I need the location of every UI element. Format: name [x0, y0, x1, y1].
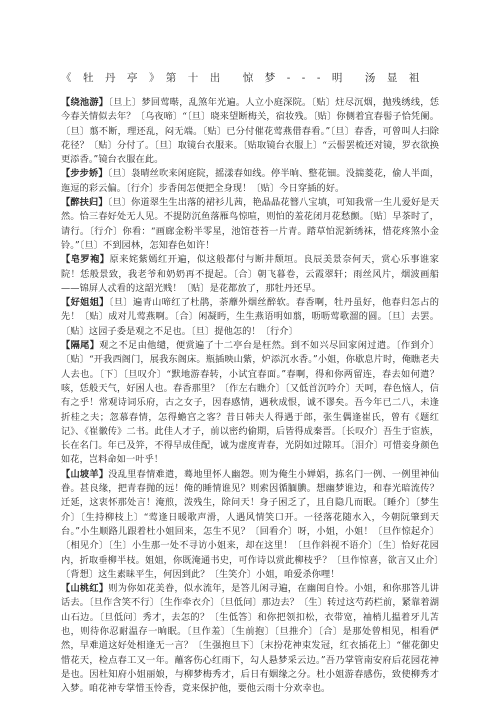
tune-name: 【山坡羊】	[61, 469, 108, 480]
tune-name: 【醉扶归】	[61, 197, 108, 208]
stanza-haojiejie: 【好姐姐】〔旦〕遍青山啼红了杜鹃，荼蘼外烟丝醉软。春香啊，牡丹虽好，他春归怎占的…	[61, 296, 439, 339]
stanza-text: 〔旦上〕梦回莺啭，乱煞年光遍。人立小庭深院。〔贴〕炷尽沉烟，抛残绣线，恁今春关情…	[61, 97, 439, 165]
stanza-shanpoyang: 【山坡羊】没乱里春情难遣，蓦地里怀人幽怨。则为俺生小婵娟，拣名门一例、一例里神仙…	[61, 468, 439, 582]
stanza-text: 原来姹紫嫣红开遍，似这般都付与断井颓垣。良辰美景奈何天，赏心乐事谁家院！恁般景致…	[61, 254, 439, 294]
stanza-shantaohong: 【山桃红】则为你如花美眷，似水流年，是答儿闲寻遍，在幽闺自怜。小姐，和你那答儿讲…	[61, 582, 439, 696]
stanza-bubujiao: 【步步娇】〔旦〕袅晴丝吹来闲庭院，摇漾春如线。停半晌、整花钿。没揣菱花，偷人半面…	[61, 167, 439, 196]
stanza-text: 观之不足由他缱，便赏遍了十二亭台是枉然。到不如兴尽回家闲过遣。〔作到介〕〔贴〕“…	[61, 340, 439, 465]
stanza-text: 〔旦〕你道翠生生出落的裙衫儿茜，艳晶晶花簪八宝填，可知我常一生儿爱好是天然。恰三…	[61, 197, 439, 251]
tune-name: 【皂罗袍】	[61, 254, 110, 265]
tune-name: 【山桃红】	[61, 583, 108, 594]
stanza-text: 〔旦〕遍青山啼红了杜鹃，荼蘼外烟丝醉软。春香啊，牡丹虽好，他春归怎占的先！〔贴〕…	[61, 297, 439, 337]
stanza-gewei: 【隔尾】观之不足由他缱，便赏遍了十二亭台是枉然。到不如兴尽回家闲过遣。〔作到介〕…	[61, 339, 439, 468]
stanza-text: 〔旦〕袅晴丝吹来闲庭院，摇漾春如线。停半晌、整花钿。没揣菱花，偷人半面，迤逗的彩…	[61, 168, 439, 193]
document-page: 《 牡 丹 亭 》 第 十 出 惊 梦 - - - 明 汤 显 祖 【绕池游】〔…	[0, 0, 496, 702]
document-title: 《 牡 丹 亭 》 第 十 出 惊 梦 - - - 明 汤 显 祖	[61, 71, 439, 86]
stanza-text: 没乱里春情难遣，蓦地里怀人幽怨。则为俺生小婵娟，拣名门一例、一例里神仙眷。甚良缘…	[61, 469, 439, 580]
stanza-text: 则为你如花美眷，似水流年，是答儿闲寻遍，在幽闺自怜。小姐，和你那答儿讲话去。〔旦…	[61, 583, 439, 694]
tune-name: 【好姐姐】	[61, 297, 109, 308]
tune-name: 【隔尾】	[61, 340, 99, 351]
stanza-zaoluopao: 【皂罗袍】原来姹紫嫣红开遍，似这般都付与断井颓垣。良辰美景奈何天，赏心乐事谁家院…	[61, 253, 439, 296]
stanza-zuifugui: 【醉扶归】〔旦〕你道翠生生出落的裙衫儿茜，艳晶晶花簪八宝填，可知我常一生儿爱好是…	[61, 196, 439, 253]
text-body: 【绕池游】〔旦上〕梦回莺啭，乱煞年光遍。人立小庭深院。〔贴〕炷尽沉烟，抛残绣线，…	[61, 96, 439, 696]
tune-name: 【绕池游】	[61, 97, 108, 108]
stanza-raochiyou: 【绕池游】〔旦上〕梦回莺啭，乱煞年光遍。人立小庭深院。〔贴〕炷尽沉烟，抛残绣线，…	[61, 96, 439, 167]
tune-name: 【步步娇】	[61, 168, 108, 179]
